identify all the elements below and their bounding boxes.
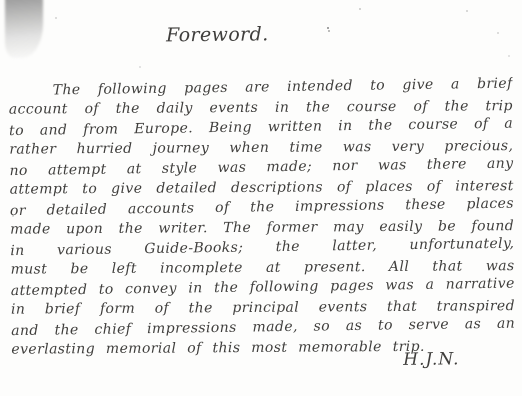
- scanned-document-page: Foreword. The following pages are intend…: [0, 0, 522, 396]
- scan-specks: [0, 0, 2, 2]
- document-title: Foreword.: [166, 21, 512, 61]
- handwritten-text-block: Foreword. The following pages are intend…: [8, 21, 516, 374]
- document-body: The following pages are intended to give…: [8, 57, 515, 360]
- handwritten-line: everlasting memorial of this most memora…: [11, 336, 469, 359]
